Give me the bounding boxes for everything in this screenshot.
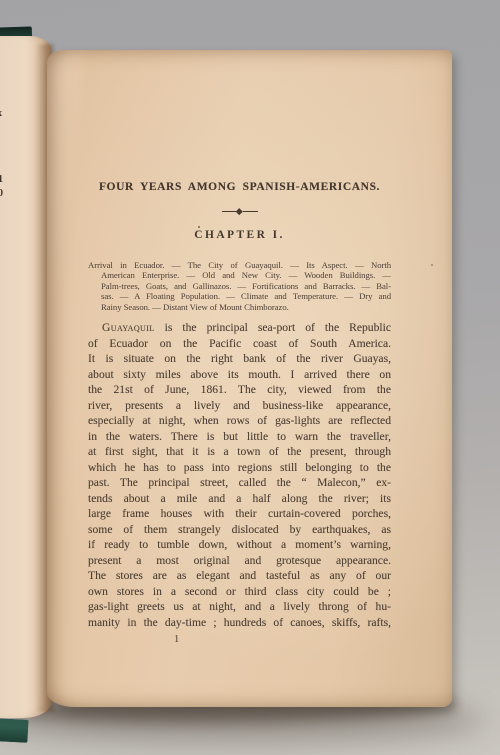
body-line: tends about a mile and a half along the …	[88, 491, 391, 507]
page-speck	[431, 264, 433, 266]
body-line: gas-light greets us at night, and a live…	[88, 599, 391, 615]
body-line: Guayaquil is the principal sea-port of t…	[88, 320, 391, 336]
chapter-heading: CHAPTER I.	[88, 229, 391, 241]
body-line: at first sight, that it is a town of the…	[88, 444, 391, 460]
facing-page-text-fragment: x	[0, 109, 3, 119]
body-line: river, presents a lively and business-li…	[88, 398, 391, 414]
body-line: own stores in a second or third class ci…	[88, 584, 391, 600]
body-line: some of them strangely dislocated by ear…	[88, 522, 391, 538]
opening-word: Guayaquil	[102, 321, 155, 334]
summary-line: Arrival in Ecuador. — The City of Guayaq…	[88, 260, 391, 270]
body-line: of Ecuador on the Pacific coast of South…	[88, 336, 391, 352]
facing-page-text-fragment: 1	[0, 175, 4, 185]
photo-backdrop: x 1 0 FOUR YEARS AMONG SPANISH-AMERICANS…	[0, 0, 500, 755]
page-number: 1	[174, 634, 179, 645]
summary-line: American Enterprise. — Old and New City.…	[101, 270, 391, 280]
divider-rule-left	[222, 211, 236, 212]
chapter-summary: Arrival in Ecuador. — The City of Guayaq…	[88, 260, 391, 312]
body-line: if ready to tumble down, without a momen…	[88, 537, 391, 553]
body-line: especially at night, when rows of gas-li…	[88, 413, 391, 429]
body-line: past. The principal street, called the “…	[88, 475, 391, 491]
summary-line: sas. — A Floating Population. — Climate …	[101, 291, 391, 301]
body-line: The stores are as elegant and tasteful a…	[88, 568, 391, 584]
book-spine-bottom	[0, 718, 29, 743]
divider-ornament	[222, 208, 258, 215]
page-speck	[198, 226, 200, 228]
body-line: present a most original and grotesque ap…	[88, 553, 391, 569]
body-line: It is situate on the right bank of the r…	[88, 351, 391, 367]
body-line: manity in the day-time ; hundreds of can…	[88, 615, 391, 631]
book-page: FOUR YEARS AMONG SPANISH-AMERICANS. CHAP…	[47, 50, 452, 707]
divider-rule-right	[243, 211, 257, 212]
body-line: about sixty miles above its mouth. I arr…	[88, 367, 391, 383]
book-title: FOUR YEARS AMONG SPANISH-AMERICANS.	[88, 181, 391, 193]
first-line-rest: is the principal sea-port of the Republi…	[155, 321, 391, 334]
summary-line: Palm-trees, Goats, and Gallinazos. — For…	[101, 281, 391, 291]
facing-page-text-fragment: 0	[0, 189, 4, 199]
body-line: the 21st of June, 1861. The city, viewed…	[88, 382, 391, 398]
body-paragraph: Guayaquil is the principal sea-port of t…	[88, 320, 391, 630]
summary-line: Rainy Season. — Distant View of Mount Ch…	[101, 302, 391, 312]
body-line: which he has to pass into regions still …	[88, 460, 391, 476]
body-line: large frame houses with their curtain-co…	[88, 506, 391, 522]
divider-diamond-icon	[236, 208, 242, 214]
body-line: in the waters. There is but little to wa…	[88, 429, 391, 445]
